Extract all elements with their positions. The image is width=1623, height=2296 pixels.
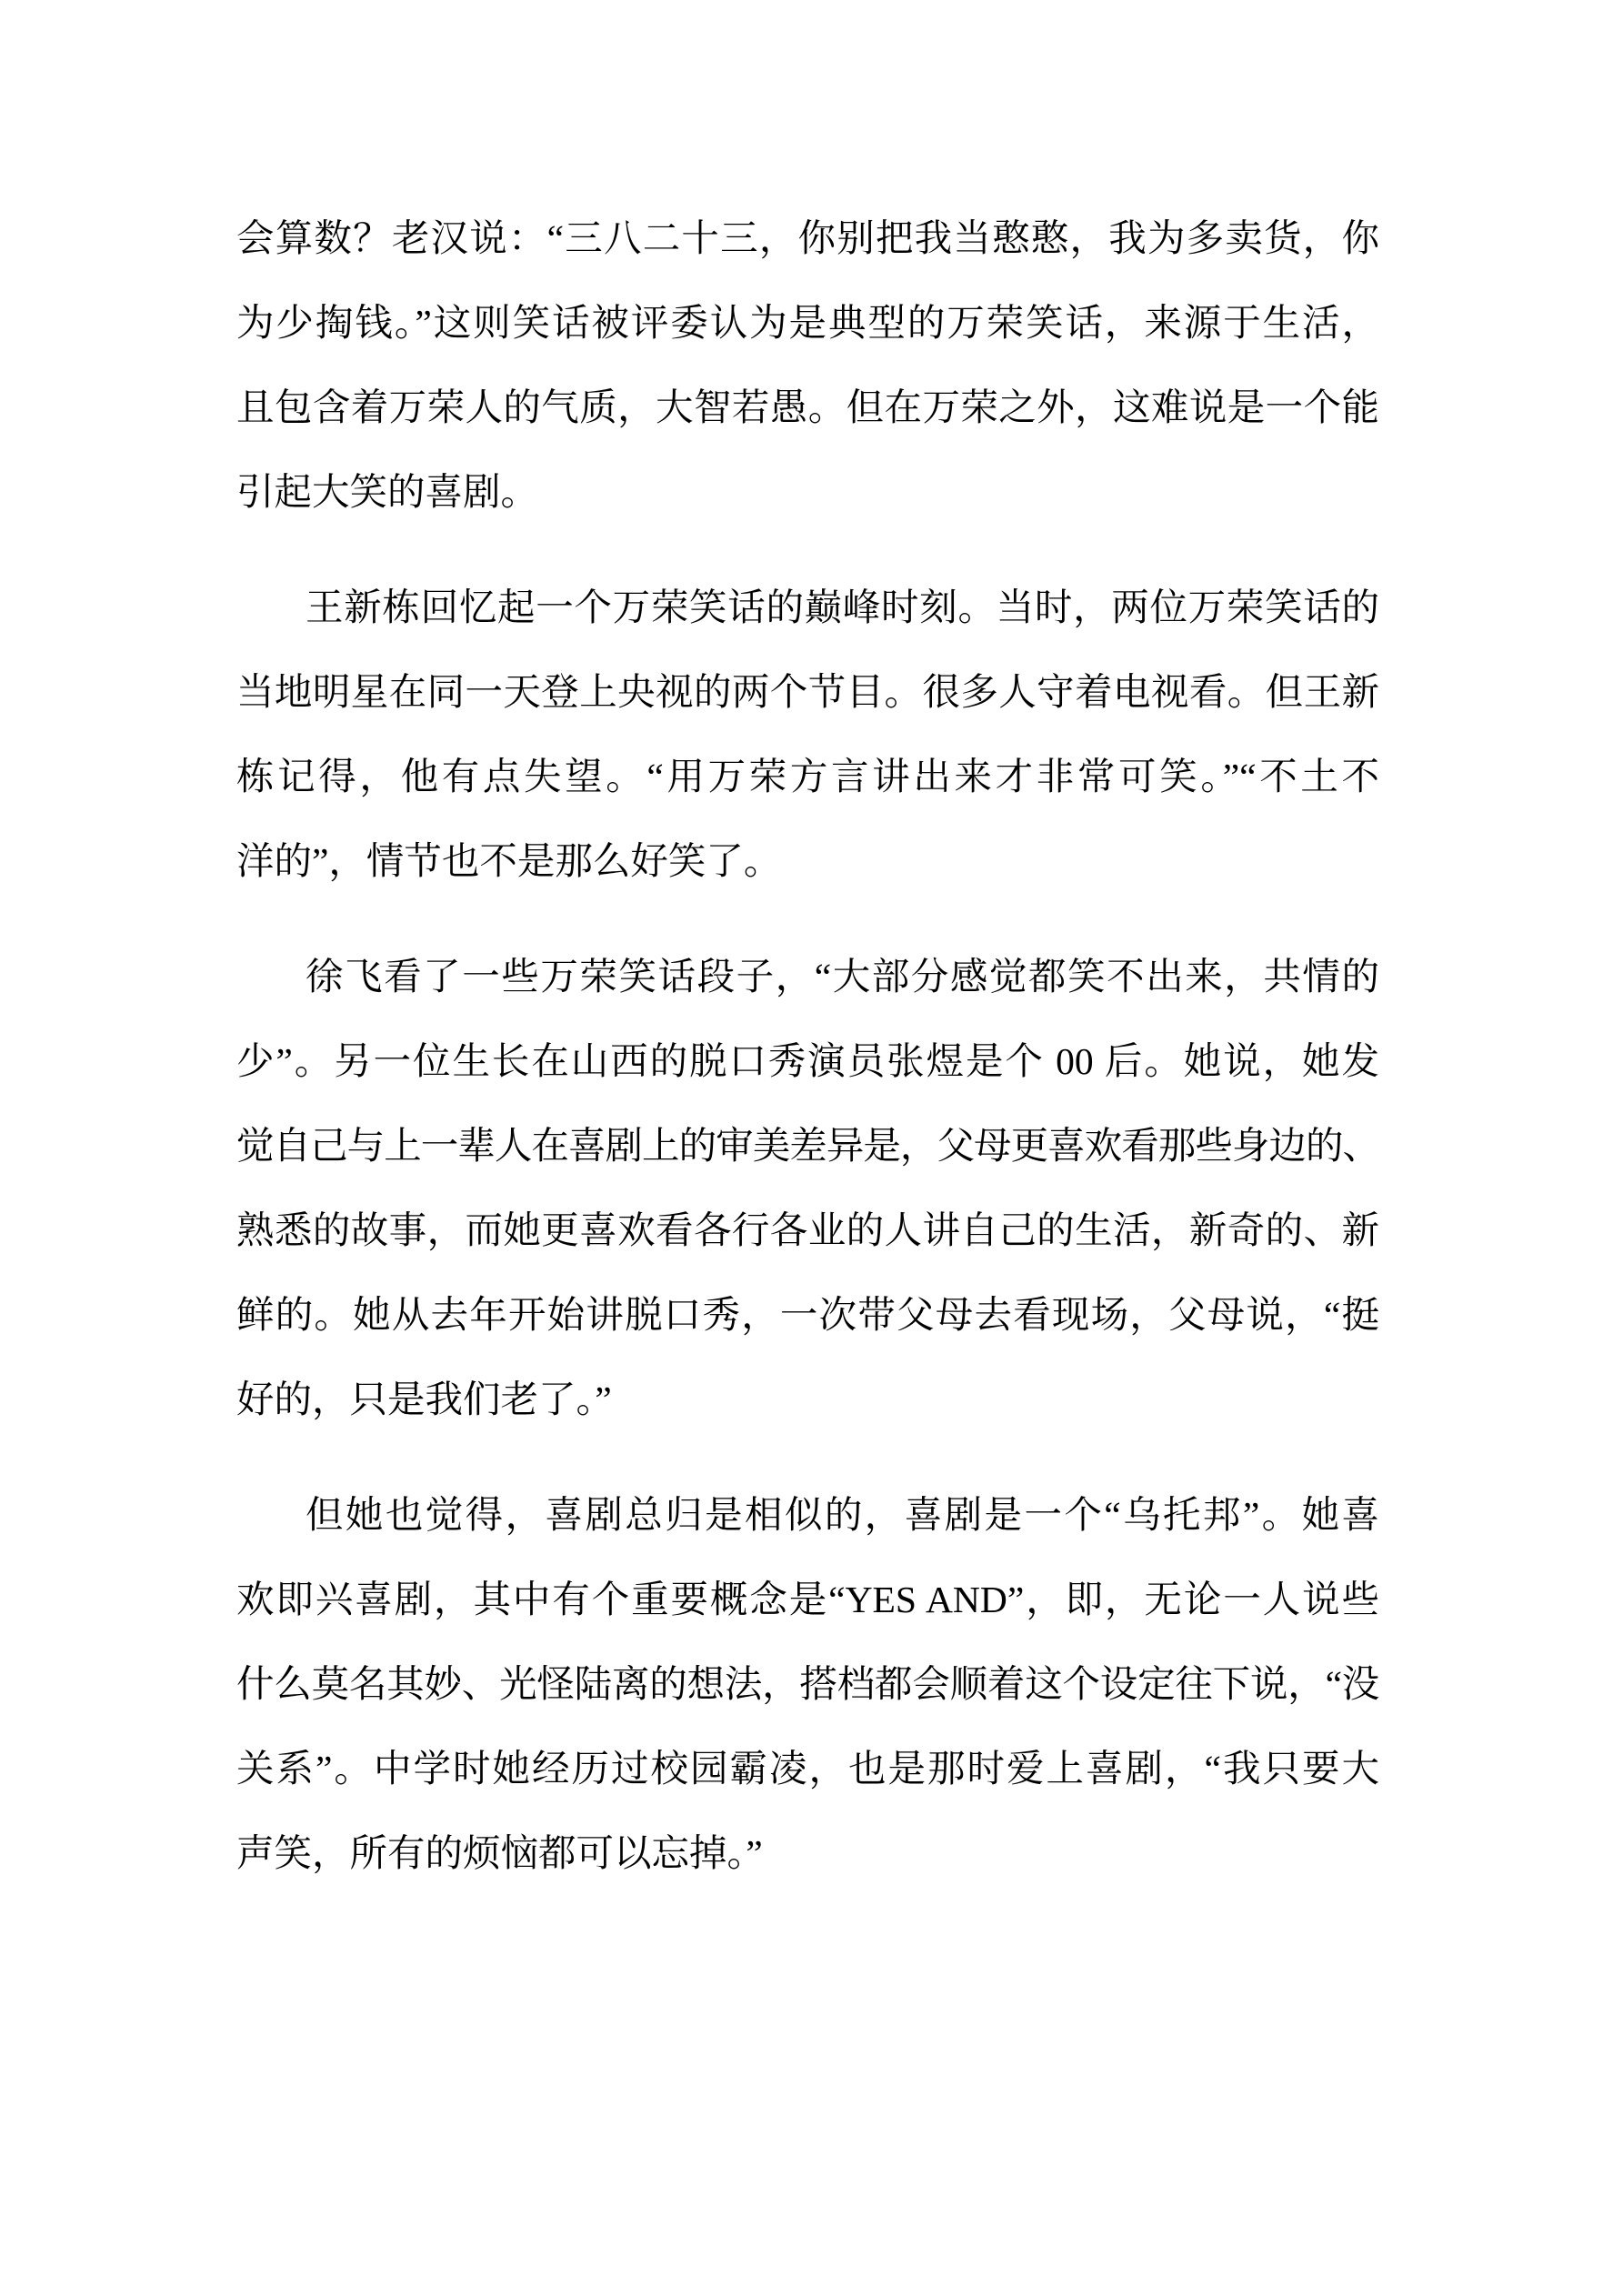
text-line: 欢即兴喜剧，其中有个重要概念是“YES AND”，即，无论一人说些 [236, 1558, 1379, 1642]
text-line: 熟悉的故事，而她更喜欢看各行各业的人讲自己的生活，新奇的、新 [236, 1188, 1379, 1273]
text-line: 好的，只是我们老了。” [236, 1358, 1379, 1442]
text-line: 徐飞看了一些万荣笑话段子，“大部分感觉都笑不出来，共情的 [236, 935, 1379, 1019]
paragraph: 徐飞看了一些万荣笑话段子，“大部分感觉都笑不出来，共情的少”。另一位生长在山西的… [236, 935, 1379, 1442]
text-line: 什么莫名其妙、光怪陆离的想法，搭档都会顺着这个设定往下说，“没 [236, 1642, 1379, 1727]
text-line: 声笑，所有的烦恼都可以忘掉。” [236, 1811, 1379, 1896]
text-line: 觉自己与上一辈人在喜剧上的审美差异是，父母更喜欢看那些身边的、 [236, 1104, 1379, 1188]
paragraph: 但她也觉得，喜剧总归是相似的，喜剧是一个“乌托邦”。她喜欢即兴喜剧，其中有个重要… [236, 1473, 1379, 1896]
paragraph: 会算数？老汉说：“三八二十三，你别把我当憨憨，我为多卖货，你为少掏钱。”这则笑话… [236, 196, 1379, 535]
text-line: 栋记得，他有点失望。“用万荣方言讲出来才非常可笑。”“不土不 [236, 735, 1379, 819]
text-line: 但她也觉得，喜剧总归是相似的，喜剧是一个“乌托邦”。她喜 [236, 1473, 1379, 1558]
document-body: 会算数？老汉说：“三八二十三，你别把我当憨憨，我为多卖货，你为少掏钱。”这则笑话… [236, 196, 1379, 1927]
text-line: 为少掏钱。”这则笑话被评委认为是典型的万荣笑话，来源于生活， [236, 281, 1379, 366]
text-line: 洋的”，情节也不是那么好笑了。 [236, 819, 1379, 904]
text-line: 当地明星在同一天登上央视的两个节目。很多人守着电视看。但王新 [236, 650, 1379, 735]
paragraph: 王新栋回忆起一个万荣笑话的巅峰时刻。当时，两位万荣笑话的当地明星在同一天登上央视… [236, 566, 1379, 904]
text-line: 鲜的。她从去年开始讲脱口秀，一次带父母去看现场，父母说，“挺 [236, 1273, 1379, 1358]
text-line: 少”。另一位生长在山西的脱口秀演员张煜是个 00 后。她说，她发 [236, 1019, 1379, 1104]
text-line: 关系”。中学时她经历过校园霸凌，也是那时爱上喜剧，“我只要大 [236, 1727, 1379, 1811]
document-page: 会算数？老汉说：“三八二十三，你别把我当憨憨，我为多卖货，你为少掏钱。”这则笑话… [0, 0, 1623, 2296]
text-line: 会算数？老汉说：“三八二十三，你别把我当憨憨，我为多卖货，你 [236, 196, 1379, 281]
text-line: 王新栋回忆起一个万荣笑话的巅峰时刻。当时，两位万荣笑话的 [236, 566, 1379, 650]
text-line: 引起大笑的喜剧。 [236, 450, 1379, 535]
text-line: 且包含着万荣人的气质，大智若愚。但在万荣之外，这难说是一个能 [236, 366, 1379, 450]
